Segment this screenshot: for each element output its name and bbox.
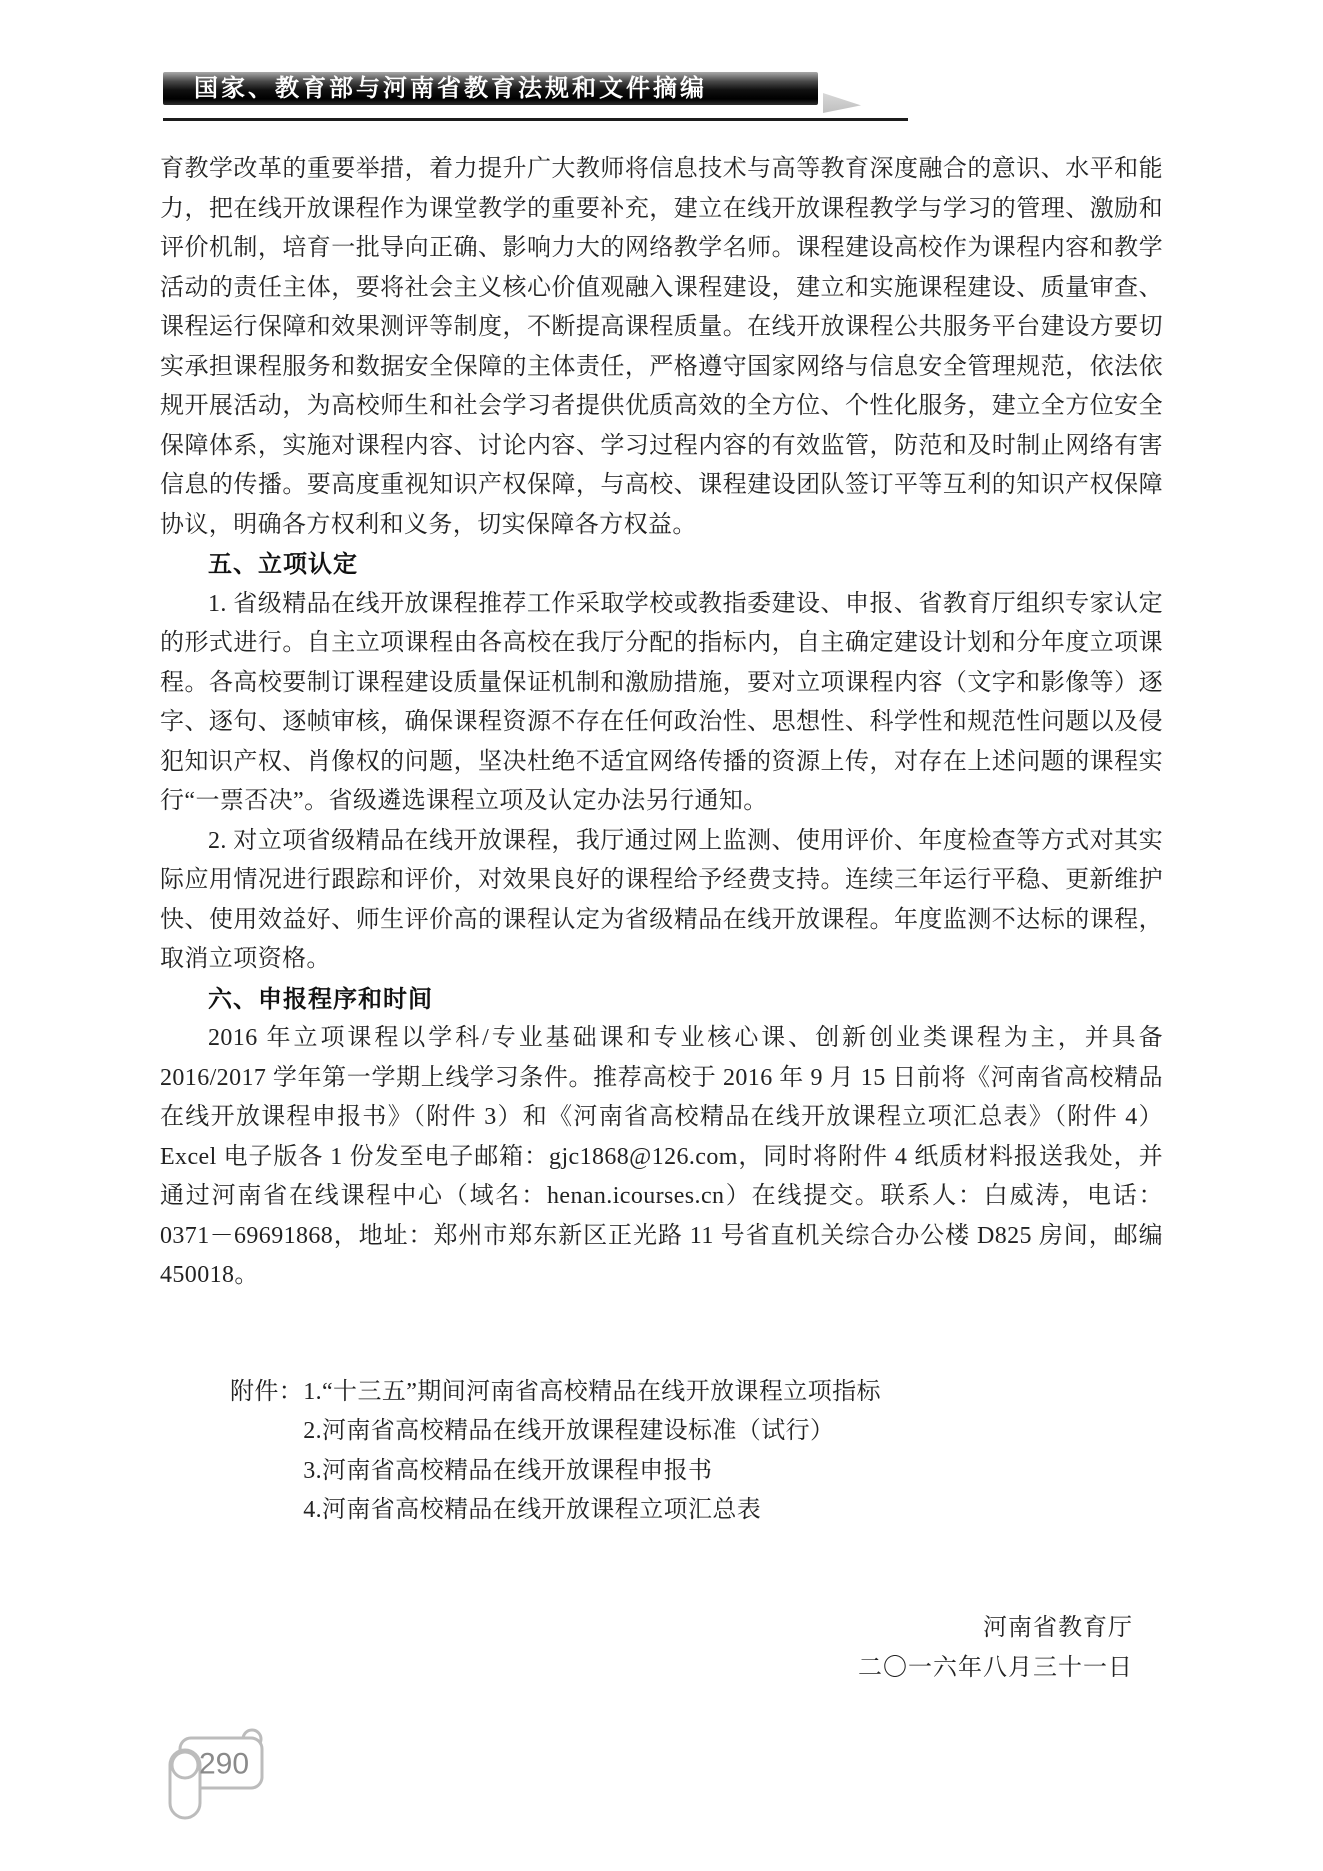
section5-paragraph-2: 2. 对立项省级精品在线开放课程，我厅通过网上监测、使用评价、年度检查等方式对其… [160,822,1163,980]
section-heading-5: 五、立项认定 [160,545,1163,585]
paragraph-intro-continuation: 育教学改革的重要举措，着力提升广大教师将信息技术与高等教育深度融合的意识、水平和… [160,150,1163,545]
document-content: 育教学改革的重要举措，着力提升广大教师将信息技术与高等教育深度融合的意识、水平和… [160,150,1163,1688]
header-banner: 国家、教育部与河南省教育法规和文件摘编 [163,72,818,105]
signature-organization: 河南省教育厅 [160,1608,1133,1648]
section6-paragraph-1: 2016 年立项课程以学科/专业基础课和专业核心课、创新创业类课程为主，并具备 … [160,1019,1163,1296]
attachment-item: 1.“十三五”期间河南省高校精品在线开放课程立项指标 [303,1373,881,1413]
right-arrow-icon [823,93,861,113]
attachment-item: 3.河南省高校精品在线开放课程申报书 [303,1452,881,1492]
attachment-item: 2.河南省高校精品在线开放课程建设标准（试行） [303,1412,881,1452]
signature-block: 河南省教育厅 二〇一六年八月三十一日 [160,1608,1163,1688]
header-title: 国家、教育部与河南省教育法规和文件摘编 [163,72,818,105]
page-scroll-icon: 290 [168,1726,268,1826]
attachments-label: 附件： [230,1373,303,1413]
page-number: 290 [199,1748,249,1781]
section5-paragraph-1: 1. 省级精品在线开放课程推荐工作采取学校或教指委建设、申报、省教育厅组织专家认… [160,585,1163,822]
document-page: 国家、教育部与河南省教育法规和文件摘编 育教学改革的重要举措，着力提升广大教师将… [0,0,1323,1871]
attachments-items: 1.“十三五”期间河南省高校精品在线开放课程立项指标 2.河南省高校精品在线开放… [303,1373,881,1531]
header-rule [163,118,908,121]
section-heading-6: 六、申报程序和时间 [160,980,1163,1020]
signature-date: 二〇一六年八月三十一日 [160,1648,1133,1688]
attachment-item: 4.河南省高校精品在线开放课程立项汇总表 [303,1491,881,1531]
attachments-list: 附件： 1.“十三五”期间河南省高校精品在线开放课程立项指标 2.河南省高校精品… [160,1373,1163,1531]
